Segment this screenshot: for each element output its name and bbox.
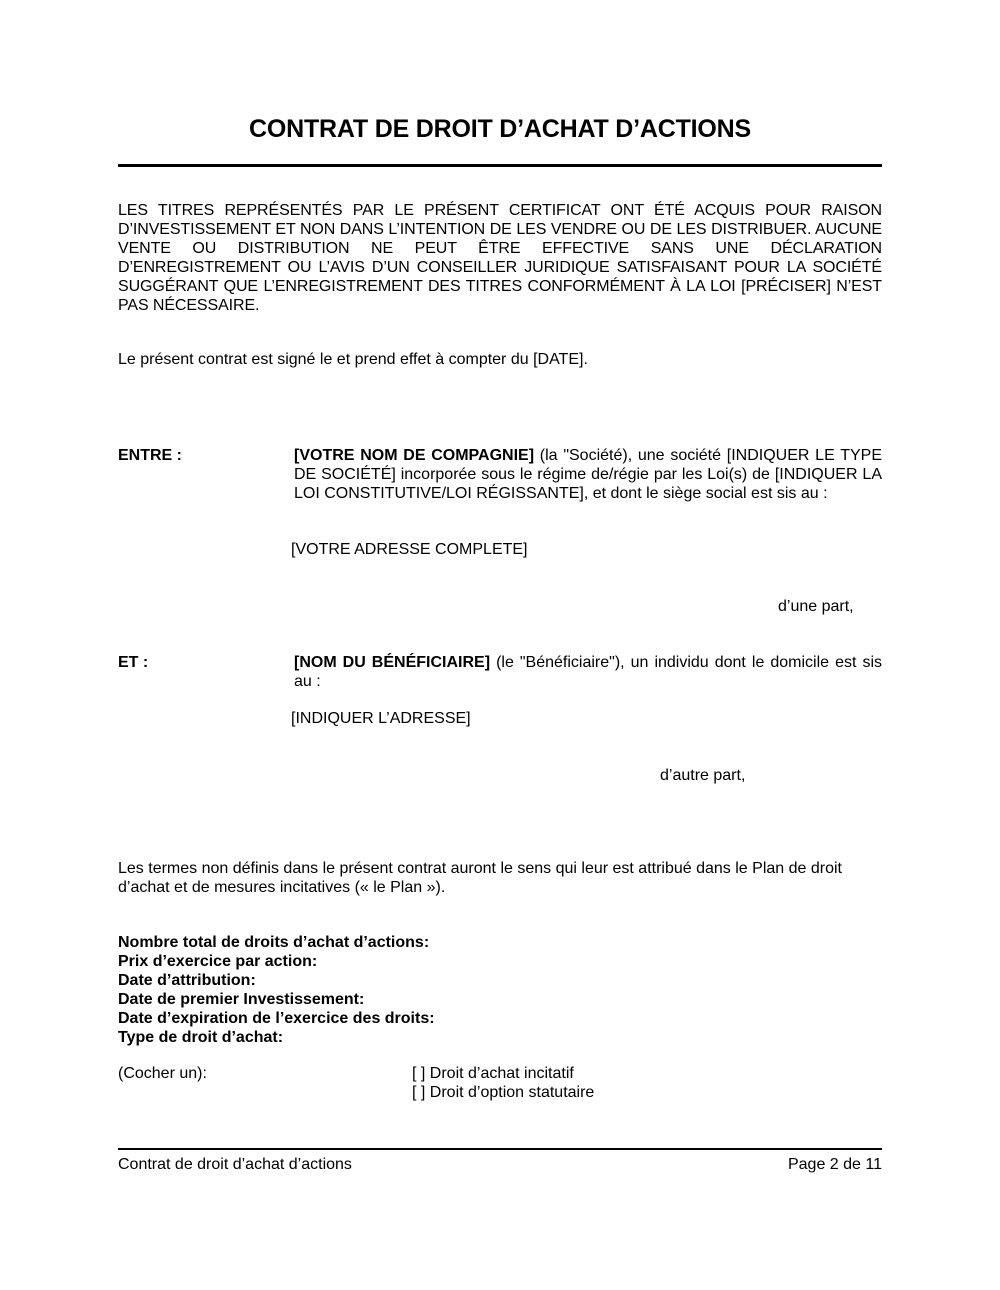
field-total-rights: Nombre total de droits d’achat d’actions… bbox=[118, 933, 435, 952]
beneficiary-name-placeholder: [NOM DU BÉNÉFICIAIRE] bbox=[294, 654, 490, 671]
grant-fields-list: Nombre total de droits d’achat d’actions… bbox=[118, 933, 435, 1047]
field-grant-date: Date d’attribution: bbox=[118, 971, 435, 990]
company-name-placeholder: [VOTRE NOM DE COMPAGNIE] bbox=[294, 447, 534, 464]
field-first-vesting-date: Date de premier Investissement: bbox=[118, 990, 435, 1009]
document-page: CONTRAT DE DROIT D’ACHAT D’ACTIONS LES T… bbox=[0, 0, 1000, 1290]
terms-definition-sentence: Les termes non définis dans le présent c… bbox=[118, 859, 868, 897]
title-divider bbox=[118, 164, 882, 167]
company-address-placeholder: [VOTRE ADRESSE COMPLETE] bbox=[291, 540, 528, 559]
field-exercise-price: Prix d’exercice par action: bbox=[118, 952, 435, 971]
party-description-beneficiary: [NOM DU BÉNÉFICIAIRE] (le "Bénéficiaire"… bbox=[294, 653, 882, 691]
party-closing-beneficiary: d’autre part, bbox=[660, 766, 745, 785]
party-label-beneficiary: ET : bbox=[118, 653, 148, 672]
effective-date-sentence: Le présent contrat est signé le et prend… bbox=[118, 350, 882, 369]
securities-disclaimer: LES TITRES REPRÉSENTÉS PAR LE PRÉSENT CE… bbox=[118, 201, 882, 315]
footer-page-number: Page 2 de 11 bbox=[788, 1155, 882, 1174]
option-statutory-right: [ ] Droit d’option statutaire bbox=[412, 1083, 594, 1102]
check-one-label: (Cocher un): bbox=[118, 1064, 207, 1083]
footer-divider bbox=[118, 1148, 882, 1150]
party-description-company: [VOTRE NOM DE COMPAGNIE] (la "Société), … bbox=[294, 446, 882, 503]
field-right-type: Type de droit d’achat: bbox=[118, 1028, 435, 1047]
option-incentive-right: [ ] Droit d’achat incitatif bbox=[412, 1064, 594, 1083]
party-closing-company: d’une part, bbox=[778, 597, 854, 616]
footer-document-name: Contrat de droit d’achat d’actions bbox=[118, 1155, 352, 1174]
beneficiary-address-placeholder: [INDIQUER L’ADRESSE] bbox=[291, 709, 471, 728]
right-type-options: [ ] Droit d’achat incitatif [ ] Droit d’… bbox=[412, 1064, 594, 1102]
field-expiration-date: Date d’expiration de l’exercice des droi… bbox=[118, 1009, 435, 1028]
party-label-company: ENTRE : bbox=[118, 446, 182, 465]
document-title: CONTRAT DE DROIT D’ACHAT D’ACTIONS bbox=[118, 115, 882, 144]
